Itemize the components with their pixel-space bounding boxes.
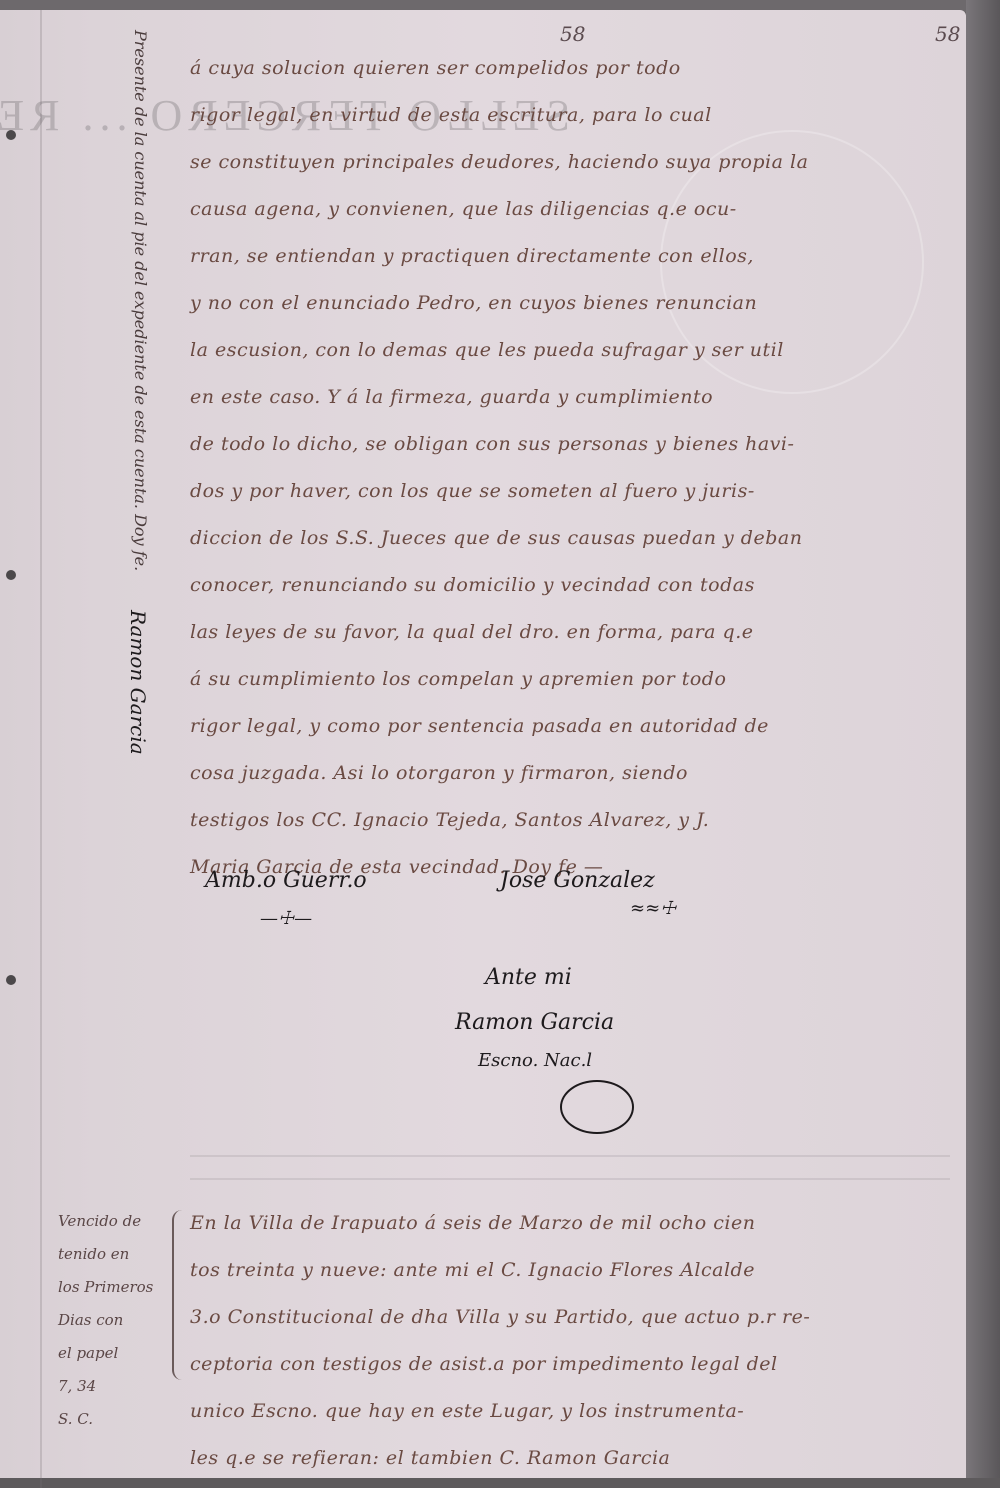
text-line: testigos los CC. Ignacio Tejeda, Santos … <box>190 797 970 844</box>
note-line: Dias con <box>58 1304 178 1337</box>
text-line: de todo lo dicho, se obligan con sus per… <box>190 421 970 468</box>
main-text-block: á cuya solucion quieren ser compelidos p… <box>190 45 970 891</box>
note-line: los Primeros <box>58 1271 178 1304</box>
text-line: conocer, renunciando su domicilio y veci… <box>190 562 970 609</box>
text-line: y no con el enunciado Pedro, en cuyos bi… <box>190 280 970 327</box>
photo-right-edge <box>966 0 1000 1478</box>
manuscript-page: SELLO TERCERO ... REALES 58 58 á cuya so… <box>0 10 966 1478</box>
text-line: 3.o Constitucional de dha Villa y su Par… <box>190 1294 970 1341</box>
text-line: causa agena, y convienen, que las dilige… <box>190 186 970 233</box>
text-line: rigor legal, y como por sentencia pasada… <box>190 703 970 750</box>
notary-rubric <box>560 1080 634 1134</box>
text-line: se constituyen principales deudores, hac… <box>190 139 970 186</box>
text-line: En la Villa de Irapuato á seis de Marzo … <box>190 1200 970 1247</box>
text-line: dos y por haver, con los que se someten … <box>190 468 970 515</box>
text-line: á cuya solucion quieren ser compelidos p… <box>190 45 970 92</box>
binding-hole <box>6 975 16 985</box>
text-line: rigor legal, en virtud de esta escritura… <box>190 92 970 139</box>
text-line: rran, se entiendan y practiquen directam… <box>190 233 970 280</box>
second-entry-text: En la Villa de Irapuato á seis de Marzo … <box>190 1200 970 1478</box>
margin-brace <box>172 1210 188 1380</box>
margin-signature-vertical: Ramon Garcia <box>126 610 150 755</box>
signature-left: Amb.o Guerr.o <box>205 868 367 893</box>
folio-number: 58 <box>935 22 960 46</box>
page-fold-line <box>40 10 42 1478</box>
text-line: la escusion, con lo demas que les pueda … <box>190 327 970 374</box>
text-line: ceptoria con testigos de asist.a por imp… <box>190 1341 970 1388</box>
bleed-through-line <box>190 1178 950 1180</box>
text-line: en este caso. Y á la firmeza, guarda y c… <box>190 374 970 421</box>
margin-note-vertical: Presente de la cuenta al pie del expedie… <box>131 30 150 571</box>
rubric-right: ≈≈☩ <box>630 898 676 919</box>
binding-hole <box>6 570 16 580</box>
notary-title: Escno. Nac.l <box>478 1050 592 1071</box>
text-line: les q.e se refieran: el tambien C. Ramon… <box>190 1435 970 1478</box>
text-line: unico Escno. que hay en este Lugar, y lo… <box>190 1388 970 1435</box>
text-line: cosa juzgada. Asi lo otorgaron y firmaro… <box>190 750 970 797</box>
folio-number: 58 <box>560 22 585 46</box>
text-line: á su cumplimiento los compelan y apremie… <box>190 656 970 703</box>
note-line: el papel <box>58 1337 178 1370</box>
note-line: Vencido de <box>58 1205 178 1238</box>
bleed-through-line <box>190 1155 950 1157</box>
notary-ante-mi: Ante mi <box>485 965 572 990</box>
text-line: diccion de los S.S. Jueces que de sus ca… <box>190 515 970 562</box>
note-line: S. C. <box>58 1403 178 1436</box>
notary-name: Ramon Garcia <box>455 1010 614 1035</box>
rubric-left: —☩— <box>260 908 312 929</box>
note-line: 7, 34 <box>58 1370 178 1403</box>
text-line: las leyes de su favor, la qual del dro. … <box>190 609 970 656</box>
text-line: tos treinta y nueve: ante mi el C. Ignac… <box>190 1247 970 1294</box>
note-line: tenido en <box>58 1238 178 1271</box>
margin-note-second-entry: Vencido de tenido en los Primeros Dias c… <box>58 1205 178 1436</box>
signature-right: Jose Gonzalez <box>500 868 655 893</box>
